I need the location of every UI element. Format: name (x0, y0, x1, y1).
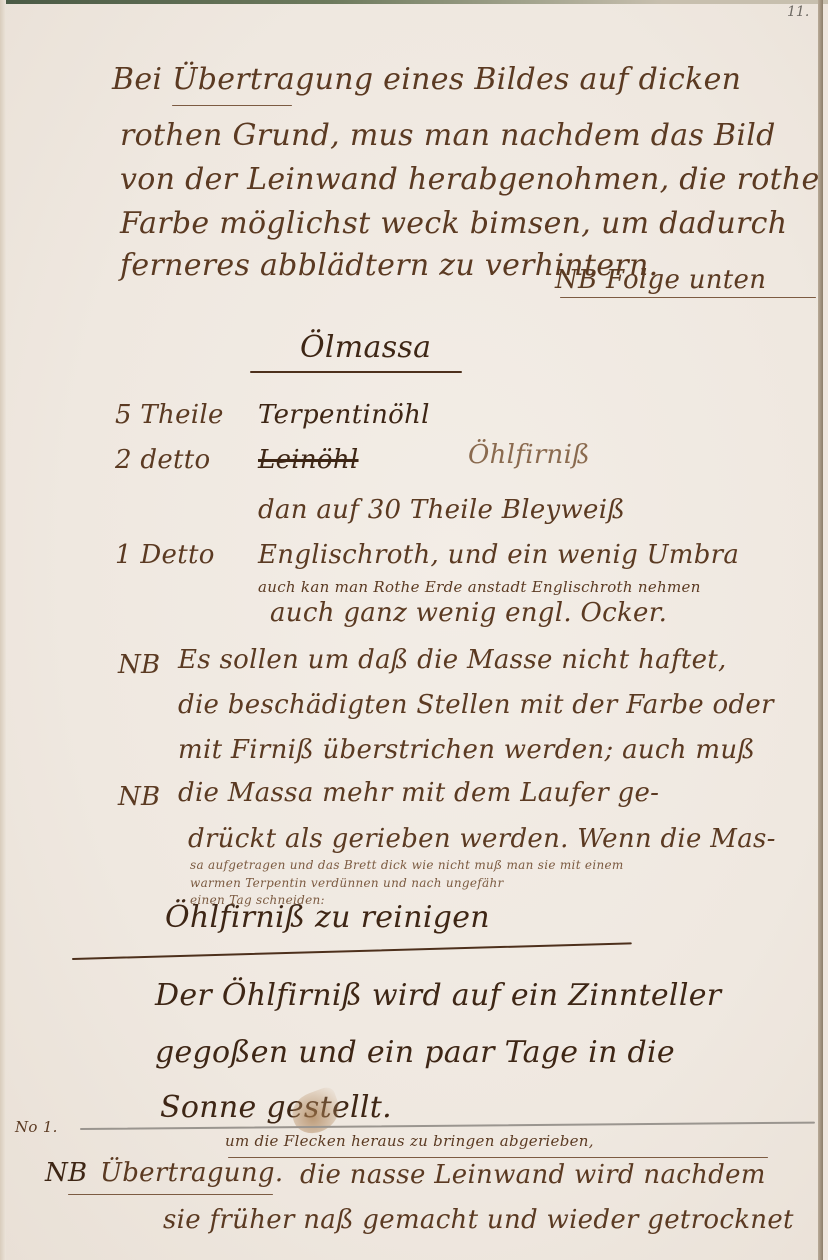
nb2-line-1: die Massa mehr mit dem Laufer ge- (178, 778, 659, 808)
intro-underline (172, 105, 292, 106)
section-title-firniss: Öhlfirniß zu reinigen (165, 900, 490, 935)
footer-interlinear: um die Flecken heraus zu bringen abgerie… (225, 1132, 594, 1150)
recipe-qty-2: 2 detto (115, 445, 211, 475)
manuscript-page: 11. Bei Übertragung eines Bildes auf dic… (0, 0, 823, 1260)
nb2-line-2: drückt als gerieben werden. Wenn die Mas… (188, 824, 776, 854)
intro-note-underline (560, 297, 816, 298)
footer-line-1: die nasse Leinwand wird nachdem (300, 1160, 766, 1190)
intro-line-1: Bei Übertragung eines Bildes auf dicken (112, 62, 741, 97)
nb1-line-3: mit Firniß überstrichen werden; auch muß (178, 735, 755, 765)
interlinear-underline (228, 1157, 768, 1158)
recipe-item-1: Terpentinöhl (258, 400, 430, 430)
intro-line-3: von der Leinwand herabgenohmen, die roth… (120, 162, 820, 197)
recipe-item-6: auch ganz wenig engl. Ocker. (270, 598, 667, 628)
nb1-line-2: die beschädigten Stellen mit der Farbe o… (178, 690, 774, 720)
nb2-small-1: sa aufgetragen und das Brett dick wie ni… (190, 858, 624, 872)
nb-marker-1: NB (118, 650, 160, 680)
nb1-line-1: Es sollen um daß die Masse nicht haftet, (178, 645, 727, 675)
recipe-qty-1: 5 Theile (115, 400, 224, 430)
page-left-edge (0, 0, 6, 1260)
page-number: 11. (787, 4, 809, 20)
recipe-item-2: Öhlfirniß (468, 440, 590, 470)
footer-heading-underline (68, 1194, 273, 1195)
margin-label: No 1. (15, 1118, 58, 1136)
section-title-oelmassa: Ölmassa (300, 330, 431, 365)
nb2-small-2: warmen Terpentin verdünnen und nach unge… (190, 876, 504, 890)
footer-nb-marker: NB (45, 1158, 87, 1188)
section2-line-3: Sonne gestellt. (160, 1090, 392, 1125)
footer-heading: Übertragung. (100, 1158, 283, 1188)
recipe-item-2-struck: Leinöhl (258, 445, 359, 475)
intro-line-4: Farbe möglichst weck bimsen, um dadurch (120, 206, 787, 241)
recipe-item-4: Englischroth, und ein wenig Umbra (258, 540, 739, 570)
recipe-item-5: auch kan man Rothe Erde anstadt Englisch… (258, 578, 701, 596)
section2-rule (72, 942, 632, 960)
footer-line-2: sie früher naß gemacht und wieder getroc… (163, 1205, 794, 1235)
intro-line-2: rothen Grund, mus man nachdem das Bild (120, 118, 776, 153)
section2-line-1: Der Öhlfirniß wird auf ein Zinnteller (155, 978, 721, 1013)
page-top-edge (0, 0, 828, 4)
recipe-qty-4: 1 Detto (115, 540, 215, 570)
recipe-item-3: dan auf 30 Theile Bleyweiß (258, 495, 625, 525)
section2-line-2: gegoßen und ein paar Tage in die (155, 1035, 675, 1070)
intro-note: NB Folge unten (555, 265, 766, 295)
section-title-rule (250, 371, 462, 373)
nb-marker-2: NB (118, 782, 160, 812)
